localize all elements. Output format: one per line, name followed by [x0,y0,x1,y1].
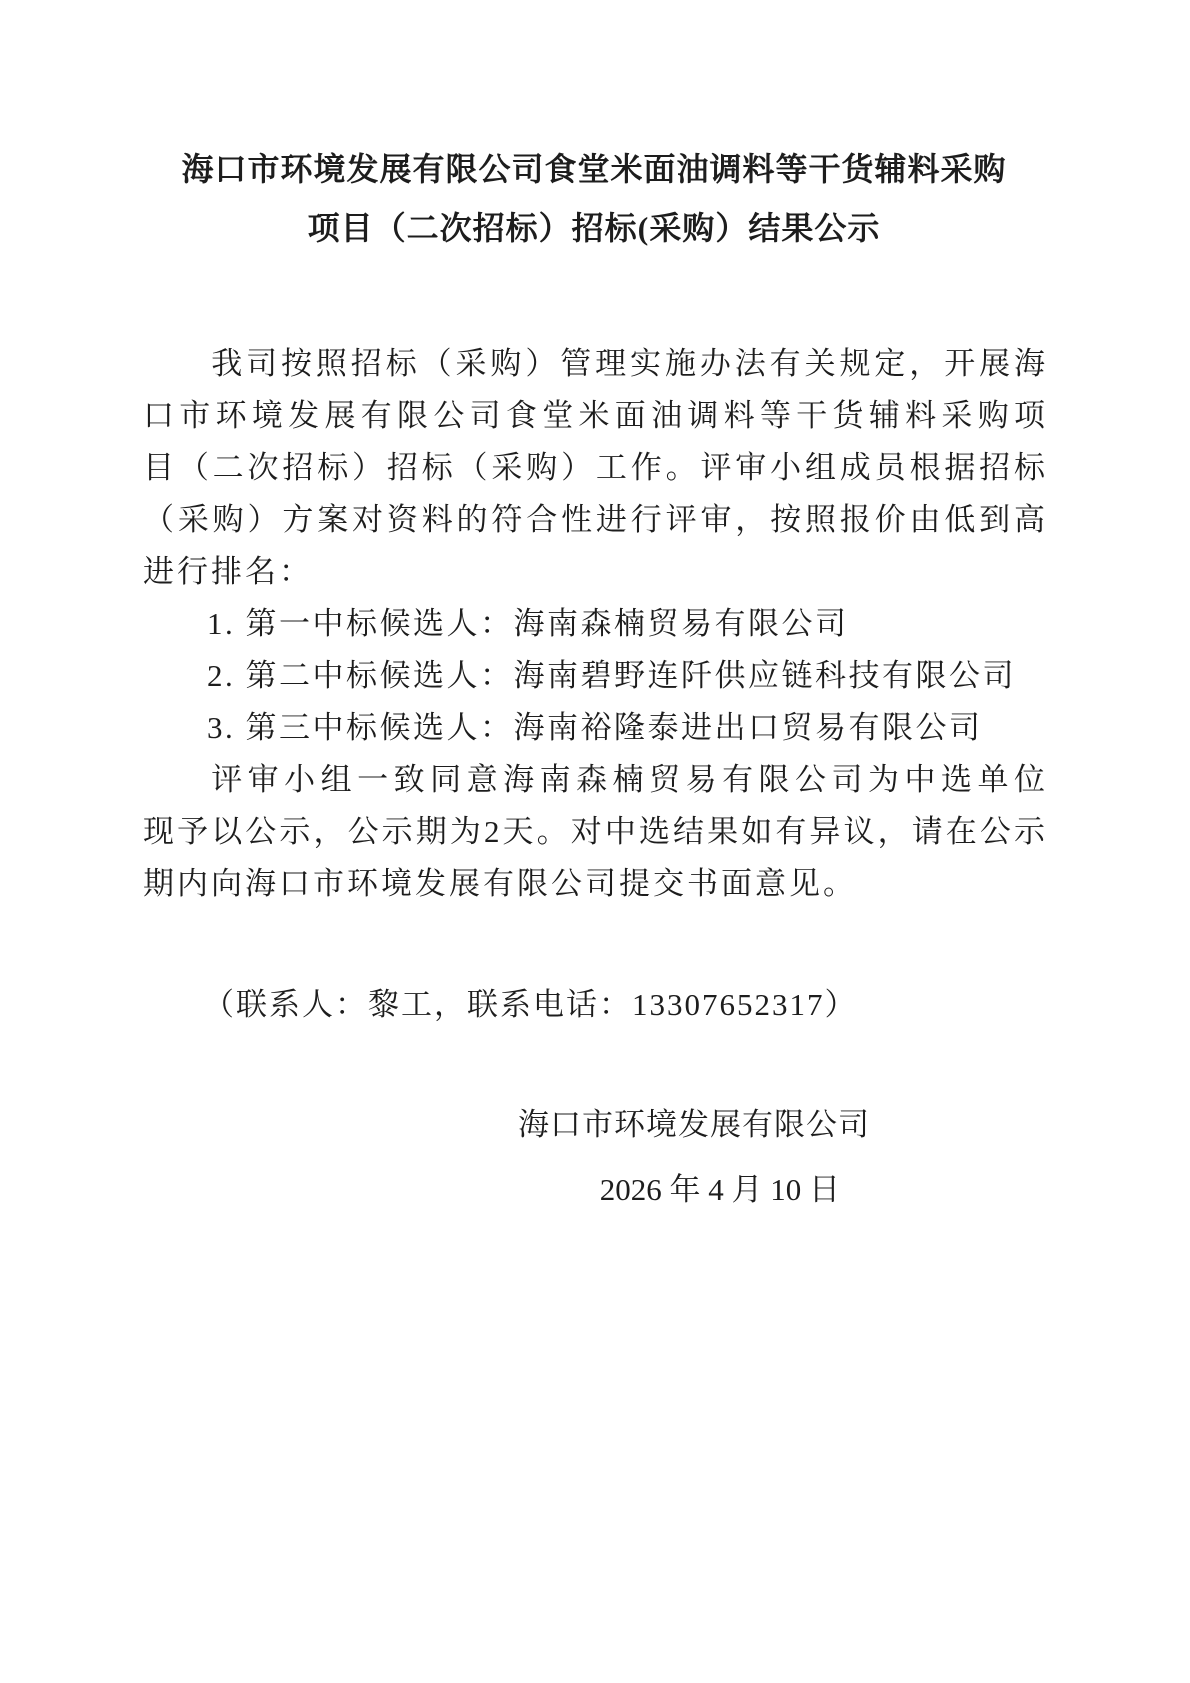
candidate-company-name: 海南碧野连阡供应链科技有限公司 [514,658,1017,693]
candidate-company-name: 海南裕隆泰进出口贸易有限公司 [514,710,983,745]
title-line-1: 海口市环境发展有限公司食堂米面油调料等干货辅料采购 [143,140,1045,199]
candidate-rank-label: 3. 第三中标候选人： [207,710,514,745]
document-title: 海口市环境发展有限公司食堂米面油调料等干货辅料采购 项目（二次招标）招标(采购）… [143,140,1045,258]
ranking-label: 进行排名： [143,546,1045,598]
candidate-rank-label: 1. 第一中标候选人： [207,606,514,641]
title-line-2: 项目（二次招标）招标(采购）结果公示 [143,199,1045,258]
candidate-item-1: 1. 第一中标候选人：海南森楠贸易有限公司 [207,598,1045,650]
document-body: 我司按照招标（采购）管理实施办法有关规定，开展海 口市环境发展有限公司食堂米面油… [143,338,1045,910]
document-content: 海口市环境发展有限公司食堂米面油调料等干货辅料采购 项目（二次招标）招标(采购）… [0,140,1190,1216]
paragraph1-line-2: 口市环境发展有限公司食堂米面油调料等干货辅料采购项 [143,390,1045,442]
paragraph1-line-1: 我司按照招标（采购）管理实施办法有关规定，开展海 [143,338,1045,390]
contact-line: （联系人：黎工，联系电话：13307652317） [203,979,1045,1031]
candidate-rank-label: 2. 第二中标候选人： [207,658,514,693]
paragraph2-line-3: 期内向海口市环境发展有限公司提交书面意见。 [143,858,1045,910]
issue-date: 2026 年 4 月 10 日 [143,1164,1045,1216]
candidate-item-2: 2. 第二中标候选人：海南碧野连阡供应链科技有限公司 [207,650,1045,702]
document-page: 海口市环境发展有限公司食堂米面油调料等干货辅料采购 项目（二次招标）招标(采购）… [0,0,1190,1683]
candidate-item-3: 3. 第三中标候选人：海南裕隆泰进出口贸易有限公司 [207,702,1045,754]
paragraph1-line-4: （采购）方案对资料的符合性进行评审，按照报价由低到高 [143,494,1045,546]
paragraph2-line-2: 现予以公示，公示期为2天。对中选结果如有异议，请在公示 [143,806,1045,858]
candidate-company-name: 海南森楠贸易有限公司 [514,606,849,641]
paragraph1-line-3: 目（二次招标）招标（采购）工作。评审小组成员根据招标 [143,442,1045,494]
issuer-signature: 海口市环境发展有限公司 [143,1099,1045,1151]
paragraph2-line-1: 评审小组一致同意海南森楠贸易有限公司为中选单位 [143,754,1045,806]
